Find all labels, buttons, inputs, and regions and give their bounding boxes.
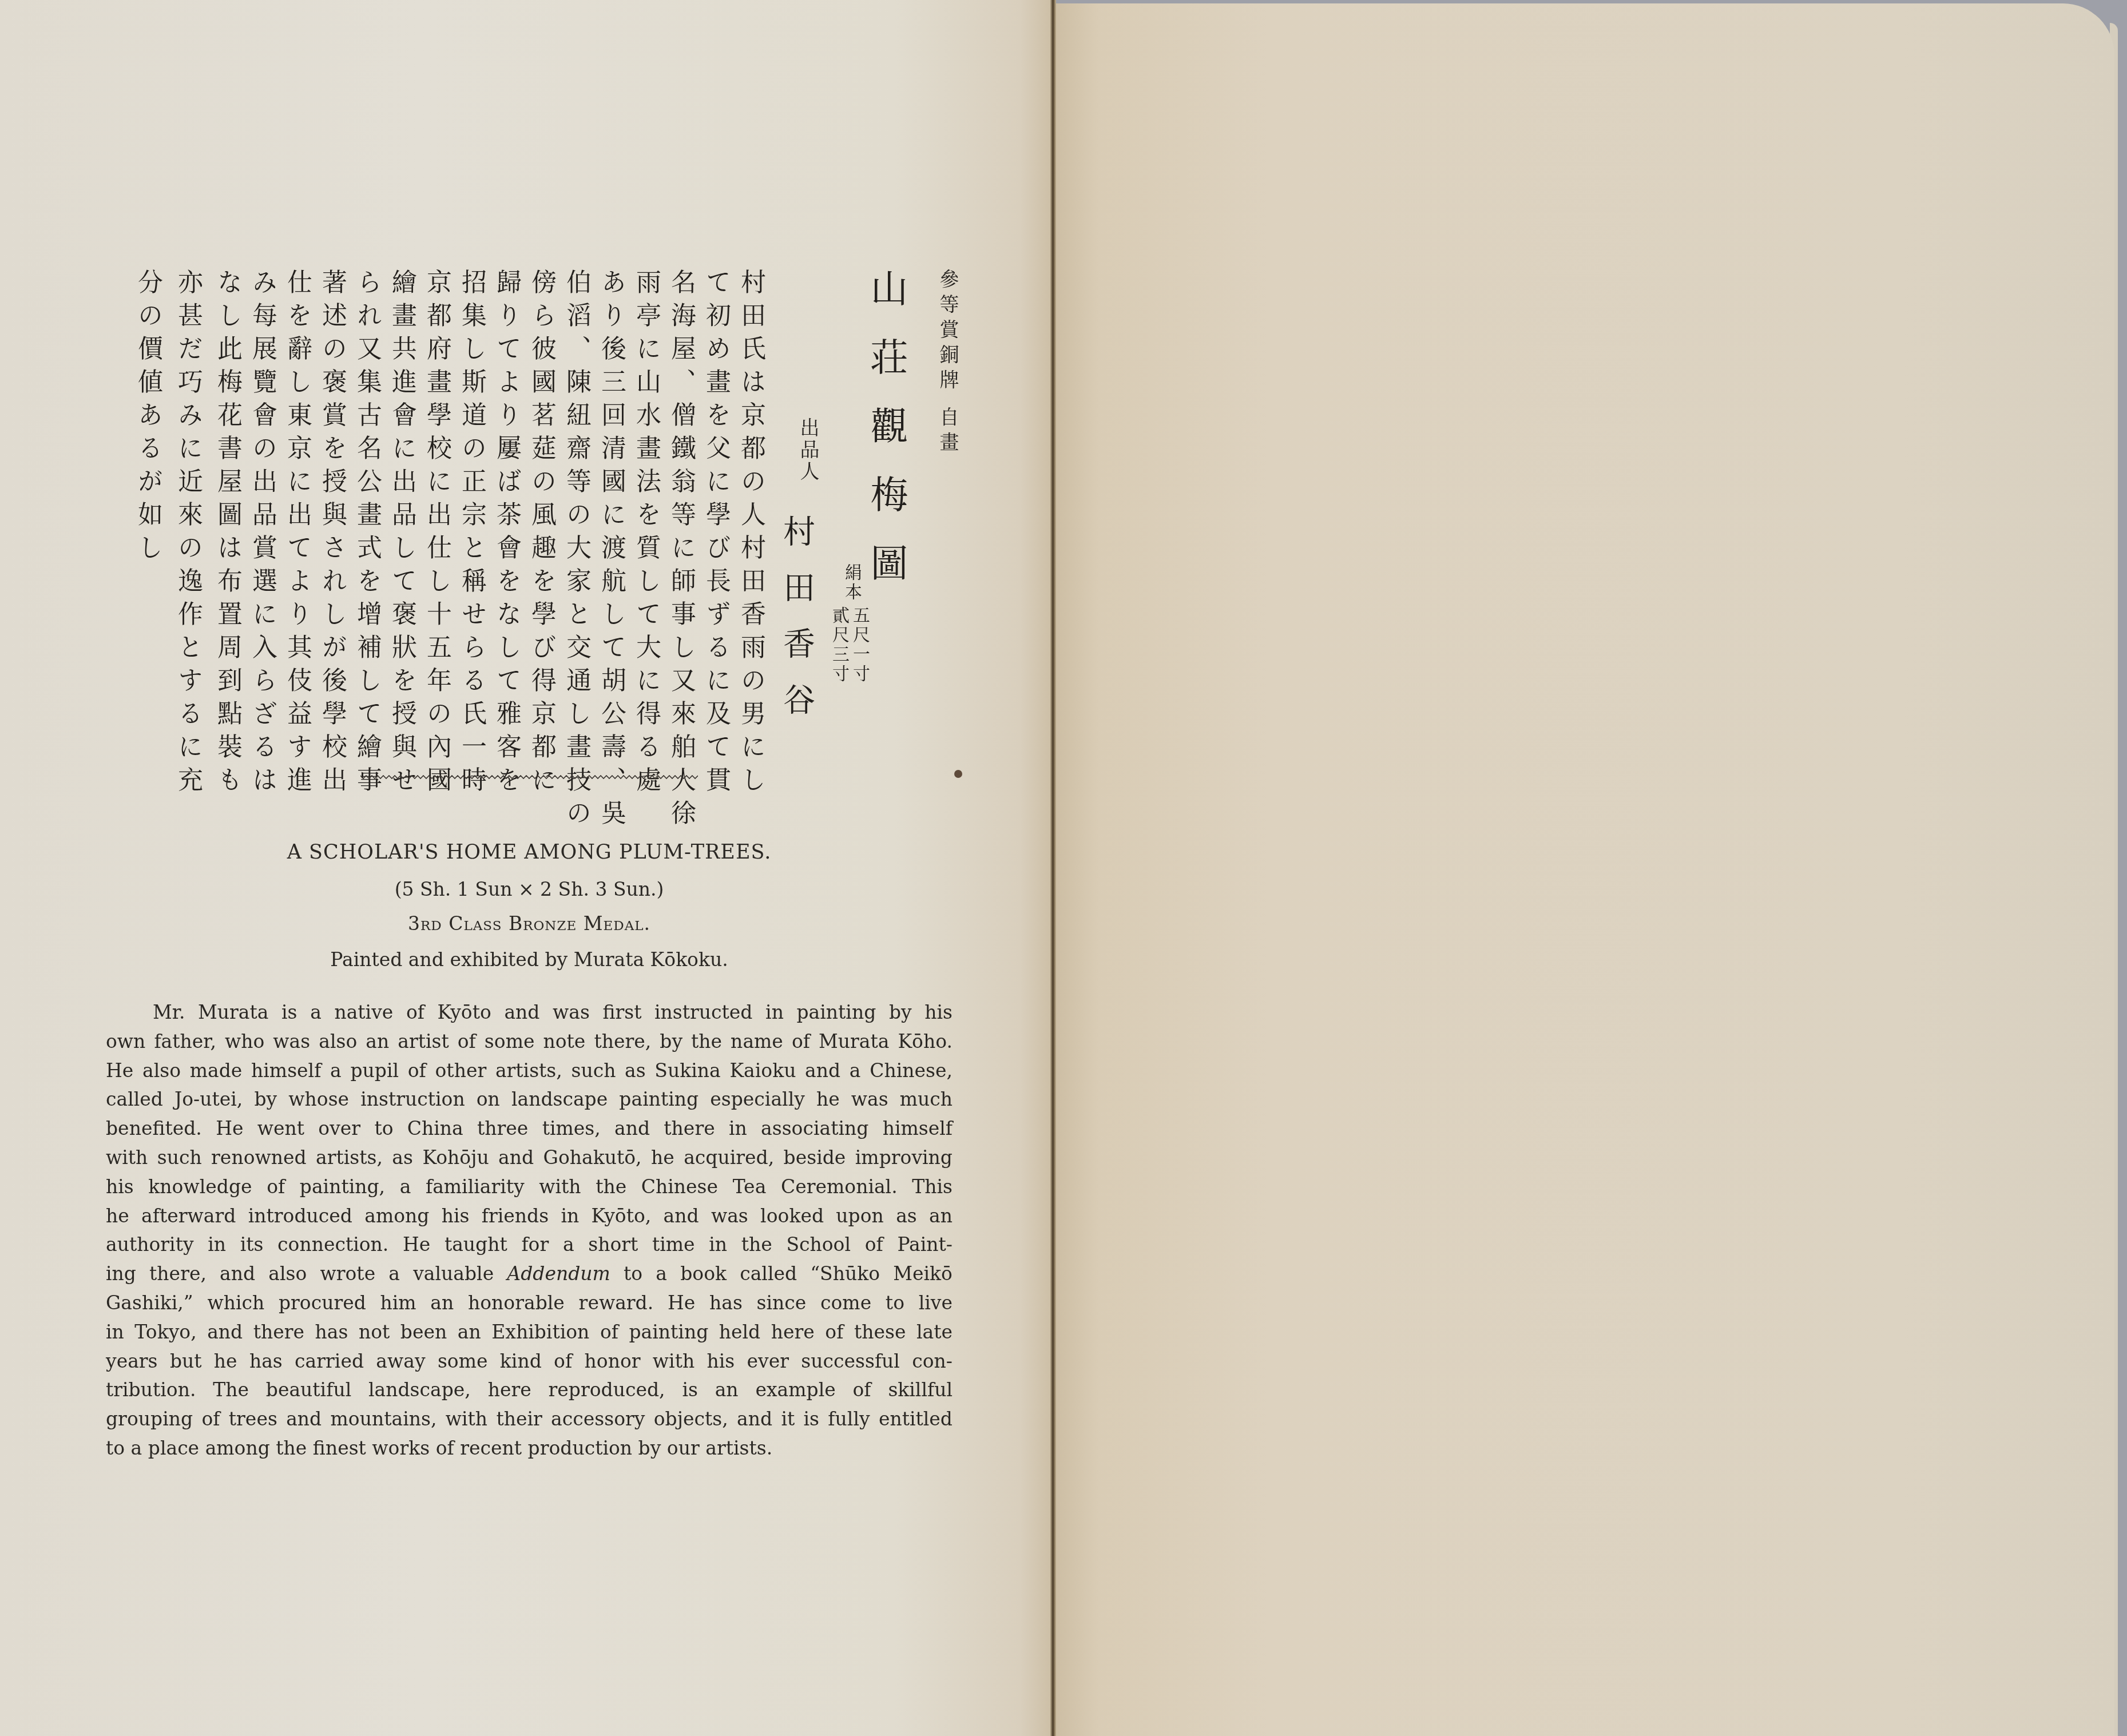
jp-column: 村田氏は京都の人村田香雨の男にし <box>735 269 767 800</box>
paper-stain <box>954 770 962 778</box>
body-line: own father, who was also an artist of so… <box>106 1027 953 1056</box>
exhibitor-label-jp: 出品人 <box>792 418 824 483</box>
body-line: called Jo-utei, by whose instruction on … <box>106 1085 953 1114</box>
body-line: Gashiki,” which procured him an honorabl… <box>106 1289 953 1318</box>
dimensions-en: (5 Sh. 1 Sun × 2 Sh. 3 Sun.) <box>106 878 953 900</box>
jp-column: 名海屋、僧鐵翁等に師事し又來舶人徐 <box>665 269 697 833</box>
italic-term: Addendum <box>507 1262 610 1285</box>
jp-column: み每展覽會の出品賞選に入らざるは <box>246 269 278 800</box>
right-page-blank <box>1056 3 2114 1736</box>
jp-column: あり後三回清國に渡航して胡公壽、吳 <box>595 269 627 833</box>
left-page <box>0 0 1051 1736</box>
title-en: A SCHOLAR'S HOME AMONG PLUM-TREES. <box>106 841 953 864</box>
medal-en: 3rd Class Bronze Medal. <box>106 912 953 935</box>
jp-column: 分の價値あるが如し <box>132 269 164 567</box>
jp-column: られ又集古名公畫式を增補して繪事 <box>351 269 383 800</box>
dimensions-height-jp: 五尺一寸 <box>849 606 870 684</box>
jp-column: 繪畫共進會に出品して褒狀を授與せ <box>386 269 418 800</box>
body-line: benefited. He went over to China three t… <box>106 1114 953 1143</box>
jp-column: て初め畫を父に學び長ずるに及て貫 <box>700 269 732 800</box>
jp-column: 雨亭に山水畫法を質して大に得る處 <box>630 269 662 800</box>
jp-column: 亦甚だ巧みに近來の逸作とするに充 <box>172 269 204 800</box>
dimensions-width-jp: 貳尺三寸 <box>828 606 849 684</box>
body-line: ing there, and also wrote a valuable Add… <box>106 1260 953 1289</box>
body-line: his knowledge of painting, a familiarity… <box>106 1173 953 1202</box>
body-line: authority in its connection. He taught f… <box>106 1230 953 1260</box>
title-jp: 山荘觀梅圖 <box>870 269 902 612</box>
award-label-jp: 參等賞銅牌 自畫 <box>931 269 963 457</box>
body-line: tribution. The beautiful landscape, here… <box>106 1376 953 1405</box>
jp-column: なし此梅花書屋圖は布置周到點裝も <box>211 269 243 800</box>
exhibitor-name-jp: 村田香谷 <box>780 515 812 739</box>
jp-column: 傍ら彼國茗莚の風趣を學び得京都に <box>525 269 557 800</box>
body-line: in Tokyo, and there has not been an Exhi… <box>106 1318 953 1347</box>
jp-column: 招集し斯道の正宗と稱せらる氏一時 <box>455 269 487 800</box>
jp-column: 伯滔、陳紐齋等の大家と交通し畫技の <box>560 269 592 833</box>
body-line: with such renowned artists, as Kohōju an… <box>106 1143 953 1173</box>
jp-column: 歸りてより屢ば茶會をなして雅客を <box>490 269 522 800</box>
body-line: grouping of trees and mountains, with th… <box>106 1405 953 1434</box>
dimensions-material-jp: 絹本 <box>841 563 862 602</box>
body-text-en: Mr. Murata is a native of Kyōto and was … <box>106 998 953 1463</box>
book-gutter <box>1050 0 1056 1736</box>
jp-column: 仕を辭し東京に出てより其伎益す進 <box>281 269 313 800</box>
body-line: to a place among the finest works of rec… <box>106 1434 953 1463</box>
jp-column: 京都府畫學校に出仕し十五年の內國 <box>420 269 453 800</box>
wavy-divider <box>360 773 698 781</box>
body-line: years but he has carried away some kind … <box>106 1347 953 1376</box>
body-line: he afterward introduced among his friend… <box>106 1202 953 1231</box>
body-line: Mr. Murata is a native of Kyōto and was … <box>106 998 953 1027</box>
body-line: He also made himself a pupil of other ar… <box>106 1056 953 1086</box>
credit-en: Painted and exhibited by Murata Kōkoku. <box>106 948 953 971</box>
jp-column: 著述の褒賞を授與されしが後學校出 <box>316 269 348 800</box>
